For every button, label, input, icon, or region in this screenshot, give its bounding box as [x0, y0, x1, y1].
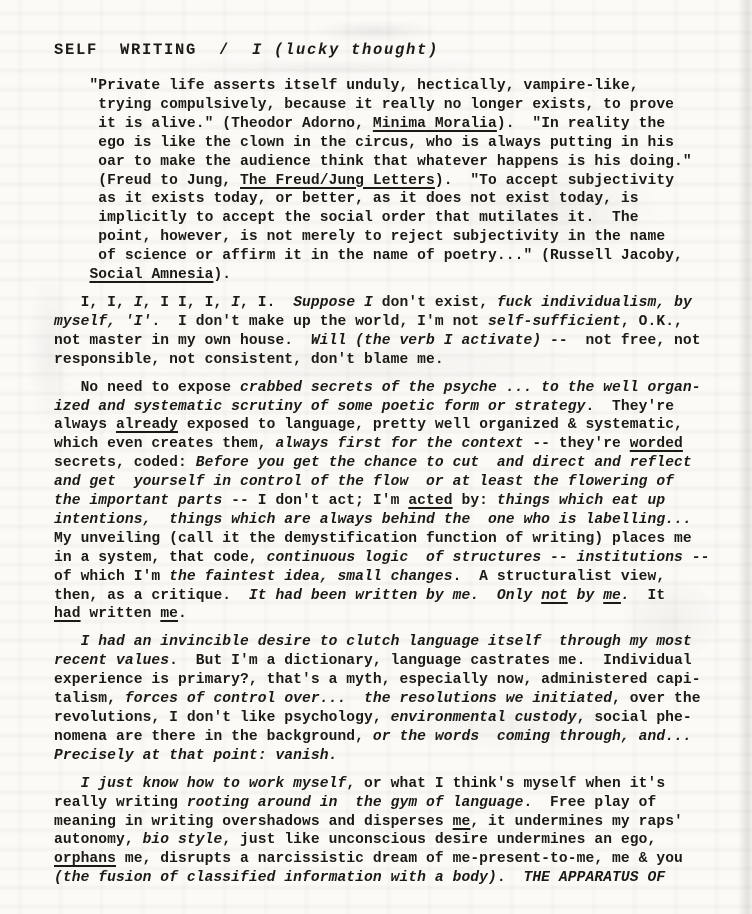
- text-segment: [54, 267, 89, 283]
- text-line: meaning in writing overshadows and dispe…: [54, 813, 712, 832]
- text-segment: .: [621, 588, 630, 604]
- text-segment: acted: [408, 493, 452, 509]
- text-line: the important parts -- I don't act; I'm …: [54, 492, 712, 511]
- text-segment: . But I'm a dictionary, language castrat…: [169, 653, 692, 669]
- text-segment: It: [630, 588, 665, 604]
- text-line: as it exists today, or better, as it doe…: [54, 190, 712, 209]
- text-segment: (the fusion of classified information wi…: [54, 870, 497, 886]
- text-segment: it is alive." (Theodor Adorno,: [54, 116, 373, 132]
- text-line: autonomy, bio style, just like unconscio…: [54, 831, 712, 850]
- text-line: had written me.: [54, 605, 712, 624]
- text-segment: always first for the context: [275, 436, 523, 452]
- paragraph-1: I, I, I, I I, I, I, I. Suppose I don't e…: [54, 294, 712, 370]
- text-line: My unveiling (call it the demystificatio…: [54, 530, 712, 549]
- paragraph-4: I just know how to work myself, or what …: [54, 775, 712, 888]
- text-segment: "Private life asserts itself unduly, hec…: [54, 78, 639, 94]
- text-line: talism, forces of control over... the re…: [54, 690, 712, 709]
- text-segment: [54, 634, 81, 650]
- text-segment: fuck individualism, by: [497, 295, 692, 311]
- text-line: point, however, is not merely to reject …: [54, 228, 712, 247]
- text-segment: revolutions, I don't like psychology,: [54, 710, 391, 726]
- text-segment: of which I'm: [54, 569, 169, 585]
- paragraph-3: I had an invincible desire to clutch lan…: [54, 633, 712, 765]
- text-segment: or the words coming through, and...: [373, 729, 692, 745]
- text-segment: ized and systematic scrutiny of some poe…: [54, 399, 585, 415]
- text-segment: .: [497, 870, 524, 886]
- text-segment: of science or affirm it in the name of p…: [54, 248, 683, 264]
- text-segment: and get yourself in control of the flow …: [54, 474, 674, 490]
- text-segment: I, I,: [54, 295, 134, 311]
- text-line: it is alive." (Theodor Adorno, Minima Mo…: [54, 115, 712, 134]
- text-segment: I had an invincible desire to clutch lan…: [81, 634, 692, 650]
- text-segment: things which eat up: [497, 493, 665, 509]
- text-segment: I: [134, 295, 143, 311]
- text-segment: Minima Moralia: [373, 116, 497, 132]
- text-line: ized and systematic scrutiny of some poe…: [54, 398, 712, 417]
- text-segment: in a system, that code,: [54, 550, 267, 566]
- text-line: myself, 'I'. I don't make up the world, …: [54, 313, 712, 332]
- text-segment: My unveiling (call it the demystificatio…: [54, 531, 692, 547]
- text-segment: trying compulsively, because it really n…: [54, 97, 674, 113]
- text-line: Social Amnesia).: [54, 266, 712, 285]
- text-segment: me: [603, 588, 621, 604]
- text-line: orphans me, disrupts a narcissistic drea…: [54, 850, 712, 869]
- text-segment: ).: [213, 267, 231, 283]
- text-segment: point, however, is not merely to reject …: [54, 229, 665, 245]
- text-segment: written: [81, 606, 161, 622]
- text-segment: nomena are there in the background,: [54, 729, 373, 745]
- text-line: of which I'm the faintest idea, small ch…: [54, 568, 712, 587]
- text-segment: meaning in writing overshadows and dispe…: [54, 814, 453, 830]
- text-line: of science or affirm it in the name of p…: [54, 247, 712, 266]
- text-segment: not master in my own house.: [54, 333, 311, 349]
- text-segment: Will (the verb I activate): [311, 333, 541, 349]
- text-line: implicitly to accept the social order th…: [54, 209, 712, 228]
- text-segment: .: [178, 606, 187, 622]
- text-segment: , over the: [612, 691, 701, 707]
- text-segment: SELF WRITING /: [54, 41, 252, 59]
- text-segment: experience is primary?, that's a myth, e…: [54, 672, 701, 688]
- text-segment: myself, 'I': [54, 314, 151, 330]
- text-segment: , or what I think's myself when it's: [346, 776, 665, 792]
- text-segment: -- they're: [523, 436, 629, 452]
- text-line: Precisely at that point: vanish.: [54, 747, 712, 766]
- text-segment: -- I don't act; I'm: [222, 493, 408, 509]
- text-segment: autonomy,: [54, 832, 143, 848]
- text-segment: ). "To accept subjectivity: [435, 173, 674, 189]
- text-segment: THE APPARATUS OF: [523, 870, 665, 886]
- text-segment: , I I, I,: [143, 295, 232, 311]
- text-line: responsible, not consistent, don't blame…: [54, 351, 712, 370]
- text-segment: , just like unconscious desire undermine…: [222, 832, 656, 848]
- text-segment: . They're: [585, 399, 674, 415]
- text-line: I had an invincible desire to clutch lan…: [54, 633, 712, 652]
- text-segment: [54, 776, 81, 792]
- text-line: then, as a critique. It had been written…: [54, 587, 712, 606]
- text-segment: exposed to language, pretty well organiz…: [178, 417, 683, 433]
- text-segment: by:: [453, 493, 497, 509]
- text-line: (Freud to Jung, The Freud/Jung Letters).…: [54, 172, 712, 191]
- text-line: secrets, coded: Before you get the chanc…: [54, 454, 712, 473]
- text-line: always already exposed to language, pret…: [54, 416, 712, 435]
- document-body: SELF WRITING / I (lucky thought) "Privat…: [0, 0, 752, 888]
- text-line: ego is like the clown in the circus, who…: [54, 134, 712, 153]
- text-segment: . I don't make up the world, I'm not: [151, 314, 488, 330]
- text-segment: Before you get the chance to cut and dir…: [196, 455, 692, 471]
- text-segment: bio style: [143, 832, 223, 848]
- text-line: oar to make the audience think that what…: [54, 153, 712, 172]
- text-line: in a system, that code, continuous logic…: [54, 549, 712, 568]
- text-segment: talism,: [54, 691, 125, 707]
- text-segment: ego is like the clown in the circus, who…: [54, 135, 674, 151]
- text-line: "Private life asserts itself unduly, hec…: [54, 77, 712, 96]
- text-segment: orphans: [54, 851, 116, 867]
- text-line: I, I, I, I I, I, I, I. Suppose I don't e…: [54, 294, 712, 313]
- text-segment: I: [231, 295, 240, 311]
- text-segment: I (lucky thought): [252, 41, 439, 59]
- text-segment: already: [116, 417, 178, 433]
- text-line: SELF WRITING / I (lucky thought): [54, 40, 712, 60]
- text-segment: ). "In reality the: [497, 116, 665, 132]
- text-segment: by: [568, 588, 603, 604]
- text-segment: No need to expose: [54, 380, 240, 396]
- text-segment: oar to make the audience think that what…: [54, 154, 692, 170]
- paragraph-2: No need to expose crabbed secrets of the…: [54, 379, 712, 625]
- text-segment: Precisely at that point: vanish.: [54, 748, 337, 764]
- text-segment: worded: [630, 436, 683, 452]
- text-segment: continuous logic of structures -- instit…: [267, 550, 710, 566]
- text-segment: always: [54, 417, 116, 433]
- text-segment: , O.K.,: [621, 314, 683, 330]
- text-segment: responsible, not consistent, don't blame…: [54, 352, 444, 368]
- text-segment: , I.: [240, 295, 293, 311]
- text-segment: self-sufficient: [488, 314, 621, 330]
- text-segment: had: [54, 606, 81, 622]
- text-line: (the fusion of classified information wi…: [54, 869, 712, 888]
- text-line: revolutions, I don't like psychology, en…: [54, 709, 712, 728]
- text-segment: -- not free, not: [541, 333, 700, 349]
- text-segment: (Freud to Jung,: [54, 173, 240, 189]
- text-segment: rooting around in the gym of language: [187, 795, 524, 811]
- text-line: recent values. But I'm a dictionary, lan…: [54, 652, 712, 671]
- text-segment: the faintest idea, small changes: [169, 569, 452, 585]
- text-segment: the important parts: [54, 493, 222, 509]
- text-segment: really writing: [54, 795, 187, 811]
- text-segment: , it undermines my raps': [470, 814, 683, 830]
- text-segment: me, disrupts a narcissistic dream of me-…: [116, 851, 683, 867]
- text-line: which even creates them, always first fo…: [54, 435, 712, 454]
- text-line: really writing rooting around in the gym…: [54, 794, 712, 813]
- text-segment: . A structuralist view,: [453, 569, 666, 585]
- text-segment: environmental custody: [391, 710, 577, 726]
- text-line: experience is primary?, that's a myth, e…: [54, 671, 712, 690]
- text-line: No need to expose crabbed secrets of the…: [54, 379, 712, 398]
- text-segment: as it exists today, or better, as it doe…: [54, 191, 639, 207]
- text-segment: , social phe-: [577, 710, 692, 726]
- text-segment: secrets, coded:: [54, 455, 196, 471]
- text-line: not master in my own house. Will (the ve…: [54, 332, 712, 351]
- text-segment: me: [160, 606, 178, 622]
- text-segment: forces of control over... the resolution…: [125, 691, 612, 707]
- text-segment: then, as a critique.: [54, 588, 249, 604]
- text-segment: not: [541, 588, 568, 604]
- text-segment: recent values: [54, 653, 169, 669]
- text-line: intentions, things which are always behi…: [54, 511, 712, 530]
- text-segment: The Freud/Jung Letters: [240, 173, 435, 189]
- text-line: I just know how to work myself, or what …: [54, 775, 712, 794]
- text-line: trying compulsively, because it really n…: [54, 96, 712, 115]
- text-segment: don't exist,: [373, 295, 497, 311]
- text-segment: Suppose I: [293, 295, 373, 311]
- text-segment: which even creates them,: [54, 436, 275, 452]
- text-segment: Social Amnesia: [89, 267, 213, 283]
- scanned-page: SELF WRITING / I (lucky thought) "Privat…: [0, 0, 752, 914]
- document-title: SELF WRITING / I (lucky thought): [54, 40, 712, 60]
- text-segment: intentions, things which are always behi…: [54, 512, 692, 528]
- text-segment: me: [453, 814, 471, 830]
- text-segment: It had been written by me. Only: [249, 588, 541, 604]
- text-line: and get yourself in control of the flow …: [54, 473, 712, 492]
- text-segment: I just know how to work myself: [81, 776, 347, 792]
- text-segment: . Free play of: [523, 795, 656, 811]
- epigraph-quote: "Private life asserts itself unduly, hec…: [54, 77, 712, 285]
- text-segment: crabbed secrets of the psyche ... to the…: [240, 380, 701, 396]
- text-line: nomena are there in the background, or t…: [54, 728, 712, 747]
- text-segment: implicitly to accept the social order th…: [54, 210, 639, 226]
